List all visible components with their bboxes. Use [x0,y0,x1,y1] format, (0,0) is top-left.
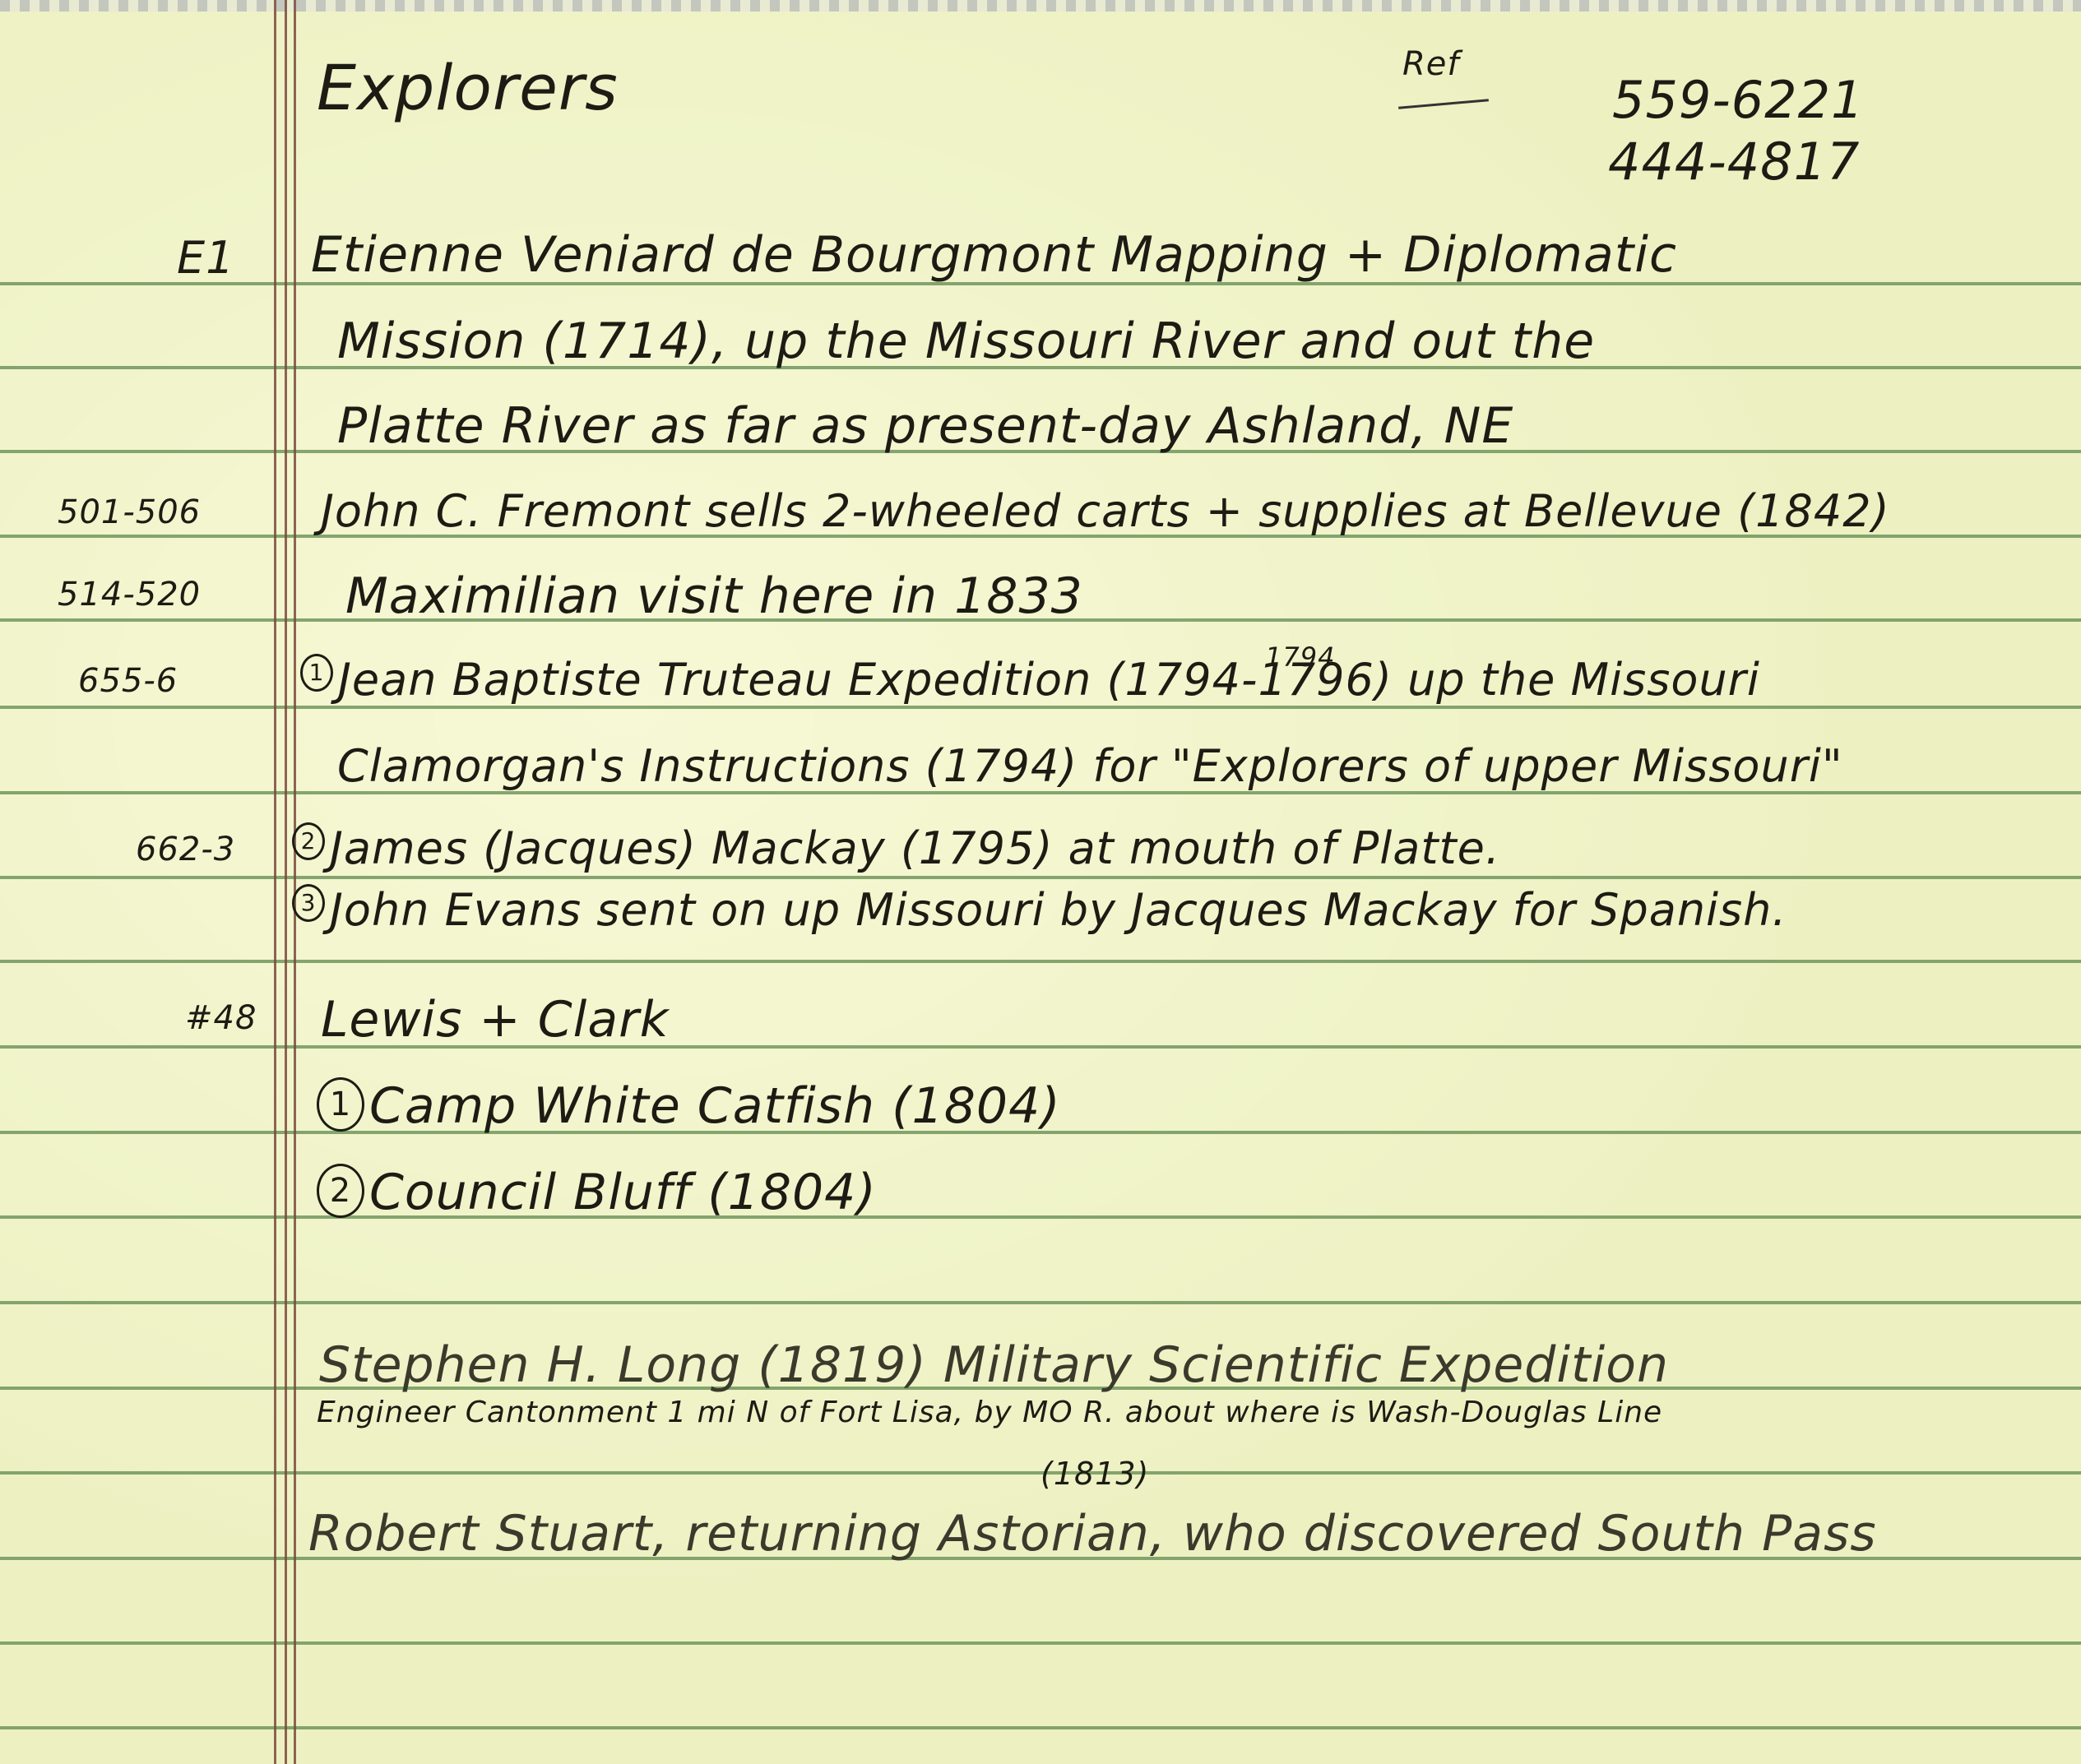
entry-line: James (Jacques) Mackay (1795) at mouth o… [330,822,1500,874]
margin-ref: 662-3 [136,831,235,868]
margin-ref: 514-520 [58,576,201,613]
margin-line [294,0,296,1764]
phone-number: 559-6221 [1612,70,1865,130]
ref-label: Ref [1402,45,1459,83]
sub-item-text: Camp White Catfish (1804) [369,1077,1061,1135]
insertion-year: (1813) [1040,1456,1149,1492]
ruled-line [0,876,2081,879]
entry-line: Maximilian visit here in 1833 [345,567,1083,625]
entry-line: Lewis + Clark [321,991,670,1049]
entry-line: John Evans sent on up Missouri by Jacque… [330,884,1787,936]
ruled-line [0,960,2081,963]
margin-ref: #48 [185,999,257,1037]
phone-number: 444-4817 [1608,132,1861,192]
entry-line: Mission (1714), up the Missouri River an… [337,313,1595,370]
margin-line [274,0,276,1764]
item-number-marker: 3 [292,884,325,922]
margin-ref: E1 [177,232,234,284]
item-number-marker: 1 [317,1077,364,1132]
entry-line: Engineer Cantonment 1 mi N of Fort Lisa,… [317,1396,1662,1429]
entry-line: Jean Baptiste Truteau Expedition (1794-1… [338,654,1760,706]
ruled-line [0,1215,2081,1219]
entry-line: Stephen H. Long (1819) Military Scientif… [319,1336,1669,1394]
entry-line: Etienne Veniard de Bourgmont Mapping + D… [311,226,1677,284]
item-number-marker: 2 [292,822,325,860]
sub-item-text: Council Bluff (1804) [369,1164,877,1221]
ruled-line [0,1301,2081,1304]
margin-ref: 501-506 [58,493,201,531]
entry-line: Clamorgan's Instructions (1794) for "Exp… [337,740,1843,792]
margin-line [285,0,287,1764]
ruled-line [0,1726,2081,1729]
item-number-marker: 1 [300,654,333,692]
entry-line: Platte River as far as present-day Ashla… [337,397,1513,455]
item-number-marker: 2 [317,1164,364,1218]
margin-ref: 655-6 [78,662,178,700]
ruled-line [0,706,2081,709]
entry-line: Robert Stuart, returning Astorian, who d… [308,1505,1877,1563]
ruled-line [0,1045,2081,1049]
ruled-line [0,1641,2081,1645]
entry-line: John C. Fremont sells 2-wheeled carts + … [321,485,1890,537]
page-title: Explorers [317,51,619,124]
perforated-edge [0,0,2081,12]
